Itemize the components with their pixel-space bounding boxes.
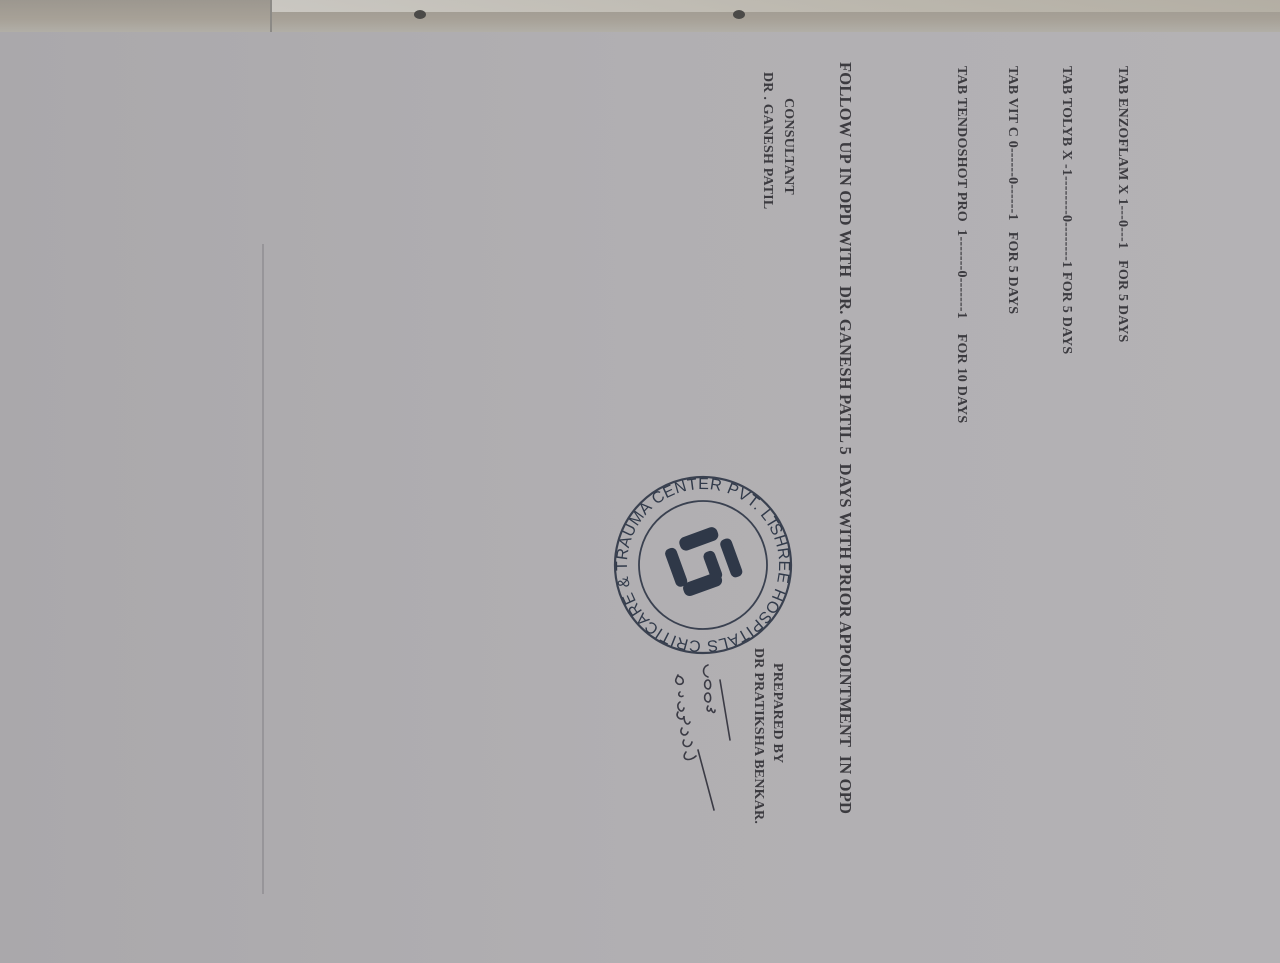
medication-line-2: TAB TOLYB X -1--------0--------1 FOR 5 D… xyxy=(1058,66,1074,354)
svg-text:SHREE HOSPITALS CRITICARE & TR: SHREE HOSPITALS CRITICARE & TRAUMA CENTE… xyxy=(608,470,798,660)
margin-line xyxy=(262,244,264,894)
prepared-by-label: PREPARED BY xyxy=(769,663,785,763)
hospital-stamp: SHREE HOSPITALS CRITICARE & TRAUMA CENTE… xyxy=(608,470,798,660)
prepared-by-name: DR PRATIKSHA BENKAR. xyxy=(750,648,766,824)
medication-line-4: TAB TENDOSHOT PRO 1-------0-------1 FOR … xyxy=(953,66,969,423)
paper-top-edge xyxy=(0,0,1280,32)
staple-hole xyxy=(414,10,426,19)
staple-hole xyxy=(733,10,745,19)
medication-line-1: TAB ENZOFLAM X 1---0---1 FOR 5 DAYS xyxy=(1114,66,1130,343)
medication-line-3: TAB VIT C 0------0------1 FOR 5 DAYS xyxy=(1004,66,1020,314)
hospital-logo-icon xyxy=(662,522,745,599)
follow-up-instruction: FOLLOW UP IN OPD WITH DR. GANESH PATIL 5… xyxy=(835,62,855,814)
signature xyxy=(660,640,750,830)
stamp-text: SHREE HOSPITALS CRITICARE & TRAUMA CENTE… xyxy=(608,470,798,660)
consultant-name: DR . GANESH PATIL xyxy=(759,72,775,209)
consultant-label: CONSULTANT xyxy=(780,98,796,195)
